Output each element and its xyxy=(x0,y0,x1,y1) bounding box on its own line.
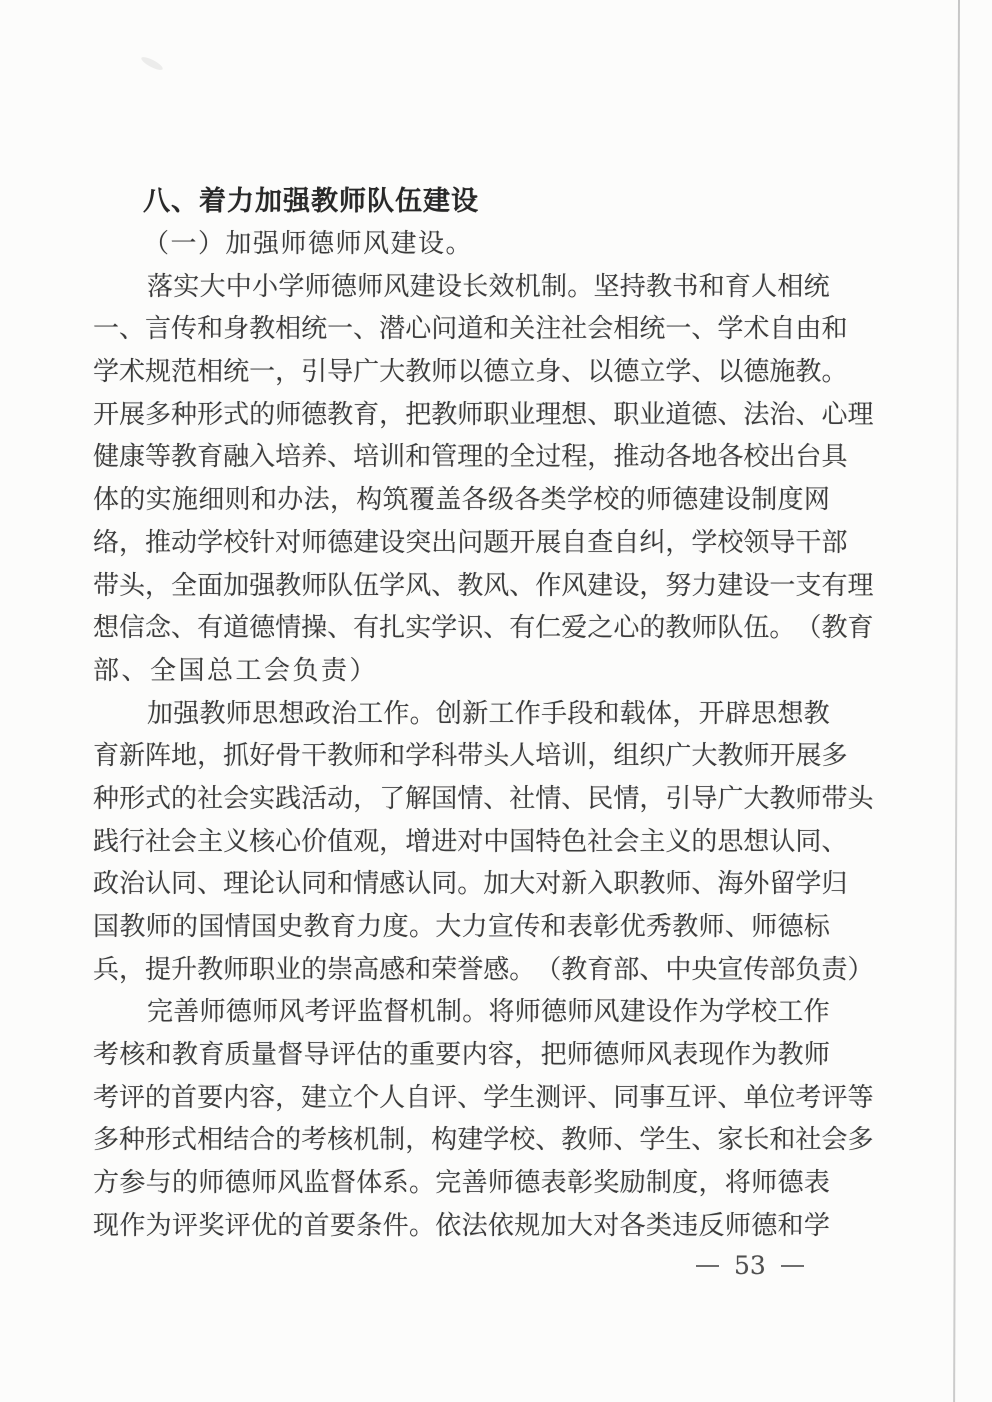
text-line: 开展多种形式的师德教育，把教师职业理想、职业道德、法治、心理 xyxy=(93,393,830,436)
text-line: 学术规范相统一，引导广大教师以德立身、以德立学、以德施教。 xyxy=(93,351,830,394)
text-line: 带头，全面加强教师队伍学风、教风、作风建设，努力建设一支有理 xyxy=(93,564,830,607)
text-line: 多种形式相结合的考核机制，构建学校、教师、学生、家长和社会多 xyxy=(93,1119,830,1162)
text-line: 部、全国总工会负责） xyxy=(93,650,830,693)
text-line: 一、言传和身教相统一、潜心问道和关注社会相统一、学术自由和 xyxy=(93,308,830,351)
page-number: 53 xyxy=(734,1251,766,1280)
text-line: 加强教师思想政治工作。创新工作手段和载体，开辟思想教 xyxy=(93,692,830,735)
text-line: 政治认同、理论认同和情感认同。加大对新入职教师、海外留学归 xyxy=(93,863,830,906)
text-line: 方参与的师德师风监督体系。完善师德表彰奖励制度，将师德表 xyxy=(93,1162,830,1205)
scan-artifact-line xyxy=(953,0,960,1402)
footer-dash-left-icon xyxy=(696,1265,719,1267)
section-heading: 八、着力加强教师队伍建设 xyxy=(93,180,830,223)
text-line: 落实大中小学师德师风建设长效机制。坚持教书和育人相统 xyxy=(93,265,830,308)
scan-smudge xyxy=(140,55,164,72)
text-line: 想信念、有道德情操、有扎实学识、有仁爱之心的教师队伍。（教育 xyxy=(93,607,830,650)
text-line: 践行社会主义核心价值观，增进对中国特色社会主义的思想认同、 xyxy=(93,820,830,863)
text-line: 兵，提升教师职业的崇高感和荣誉感。（教育部、中央宣传部负责） xyxy=(93,948,830,991)
text-line: 种形式的社会实践活动，了解国情、社情、民情，引导广大教师带头 xyxy=(93,778,830,821)
subsection-heading: （一）加强师德师风建设。 xyxy=(93,223,830,266)
document-lines: 八、着力加强教师队伍建设（一）加强师德师风建设。落实大中小学师德师风建设长效机制… xyxy=(93,180,830,1247)
text-line: 育新阵地，抓好骨干教师和学科带头人培训，组织广大教师开展多 xyxy=(93,735,830,778)
text-line: 考核和教育质量督导评估的重要内容，把师德师风表现作为教师 xyxy=(93,1034,830,1077)
text-line: 体的实施细则和办法，构筑覆盖各级各类学校的师德建设制度网 xyxy=(93,479,830,522)
text-line: 完善师德师风考评监督机制。将师德师风建设作为学校工作 xyxy=(93,991,830,1034)
page-footer: 53 xyxy=(696,1251,804,1280)
text-line: 健康等教育融入培养、培训和管理的全过程，推动各地各校出台具 xyxy=(93,436,830,479)
text-line: 现作为评奖评优的首要条件。依法依规加大对各类违反师德和学 xyxy=(93,1205,830,1248)
text-line: 络，推动学校针对师德建设突出问题开展自查自纠，学校领导干部 xyxy=(93,522,830,565)
document-page: 八、着力加强教师队伍建设（一）加强师德师风建设。落实大中小学师德师风建设长效机制… xyxy=(0,0,992,1402)
text-line: 国教师的国情国史教育力度。大力宣传和表彰优秀教师、师德标 xyxy=(93,906,830,949)
text-line: 考评的首要内容，建立个人自评、学生测评、同事互评、单位考评等 xyxy=(93,1076,830,1119)
footer-dash-right-icon xyxy=(781,1265,804,1267)
